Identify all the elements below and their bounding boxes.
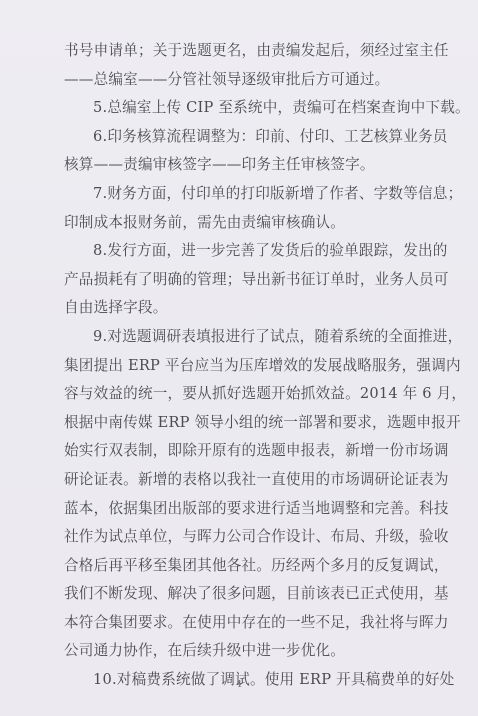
text-line-item-8: 8.发行方面，进一步完善了发货后的验单跟踪，发出的 [64,237,442,266]
text-line-item-6: 6.印务核算流程调整为：印前、付印、工艺核算业务员 [64,123,442,152]
text-line: 核算——责编审核签字——印务主任审核签字。 [64,151,442,180]
text-line-item-5: 5.总编室上传 CIP 至系统中，责编可在档案查询中下载。 [64,94,442,123]
text-line: 始实行双表制，即除开原有的选题申报表，新增一份市场调 [64,437,442,466]
text-line: 社作为试点单位，与晖力公司合作设计、布局、升级，验收 [64,523,442,552]
text-line: 自由选择字段。 [64,294,442,323]
text-line: 印制成本报财务前，需先由责编审核确认。 [64,209,442,238]
scanned-page: 书号申请单；关于选题更名，由责编发起后，须经过室主任 ——总编室——分管社领导逐… [0,0,478,716]
text-line-item-9: 9.对选题调研表填报进行了试点，随着系统的全面推进， [64,323,442,352]
text-line: ——总编室——分管社领导逐级审批后方可通过。 [64,66,442,95]
document-body: 书号申请单；关于选题更名，由责编发起后，须经过室主任 ——总编室——分管社领导逐… [64,37,442,695]
text-line-item-7: 7.财务方面，付印单的打印版新增了作者、字数等信息； [64,180,442,209]
text-line: 容与效益的统一，要从抓好选题开始抓效益。2014 年 6 月， [64,380,442,409]
text-line: 集团提出 ERP 平台应当为压库增效的发展战略服务，强调内 [64,352,442,381]
text-line: 本符合集团要求。在使用中存在的一些不足，我社将与晖力 [64,609,442,638]
text-line: 蓝本，依据集团出版部的要求进行适当地调整和完善。科技 [64,495,442,524]
text-line: 产品损耗有了明确的管理；导出新书征订单时，业务人员可 [64,266,442,295]
text-line: 研论证表。新增的表格以我社一直使用的市场调研论证表为 [64,466,442,495]
text-line: 书号申请单；关于选题更名，由责编发起后，须经过室主任 [64,37,442,66]
text-line: 根据中南传媒 ERP 领导小组的统一部署和要求，选题申报开 [64,409,442,438]
text-line: 我们不断发现、解决了很多问题，目前该表已正式使用，基 [64,580,442,609]
text-line: 公司通力协作，在后续升级中进一步优化。 [64,637,442,666]
text-line: 合格后再平移至集团其他各社。历经两个多月的反复调试， [64,552,442,581]
page-number: 4 [0,680,478,690]
